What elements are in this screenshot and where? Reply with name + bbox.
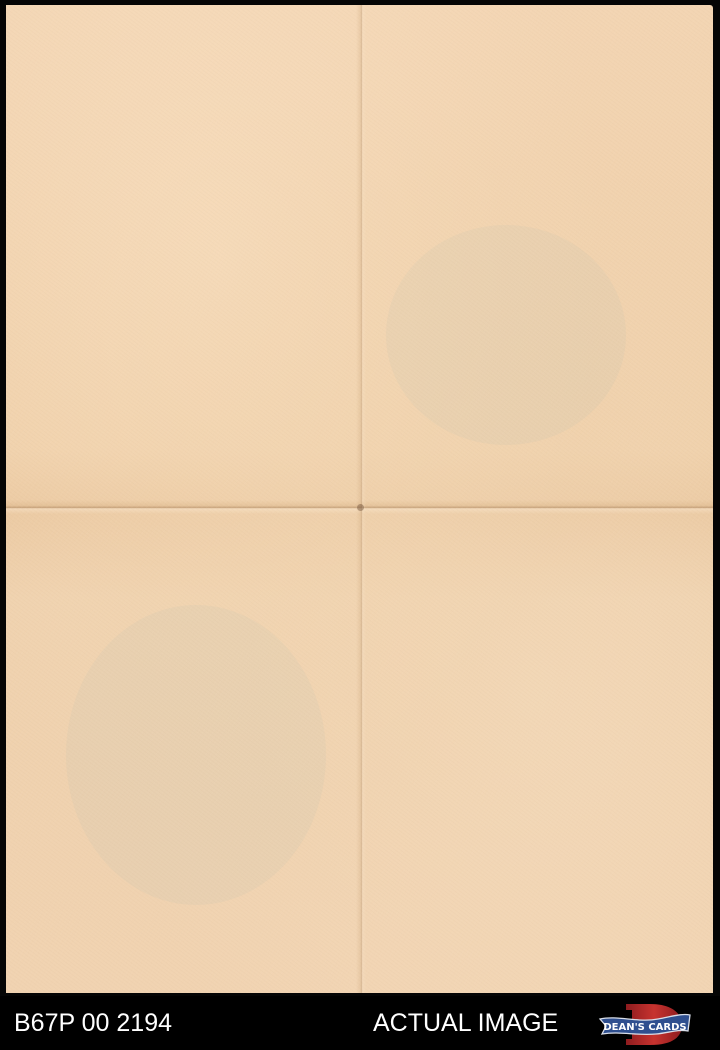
footer-bar: B67P 00 2194 ACTUAL IMAGE DEAN'S CARDS <box>0 996 720 1050</box>
paper-stain <box>386 225 626 445</box>
svg-text:DEAN'S CARDS: DEAN'S CARDS <box>603 1022 686 1033</box>
actual-image-label: ACTUAL IMAGE <box>373 1008 558 1038</box>
scan-area <box>0 0 720 996</box>
deans-cards-logo-icon: DEAN'S CARDS <box>598 1001 693 1047</box>
vertical-fold-crease <box>356 5 366 993</box>
paper-sheet <box>6 5 713 993</box>
fold-intersection-mark <box>357 504 364 511</box>
sku-code: B67P 00 2194 <box>14 1008 172 1038</box>
paper-stain <box>66 605 326 905</box>
